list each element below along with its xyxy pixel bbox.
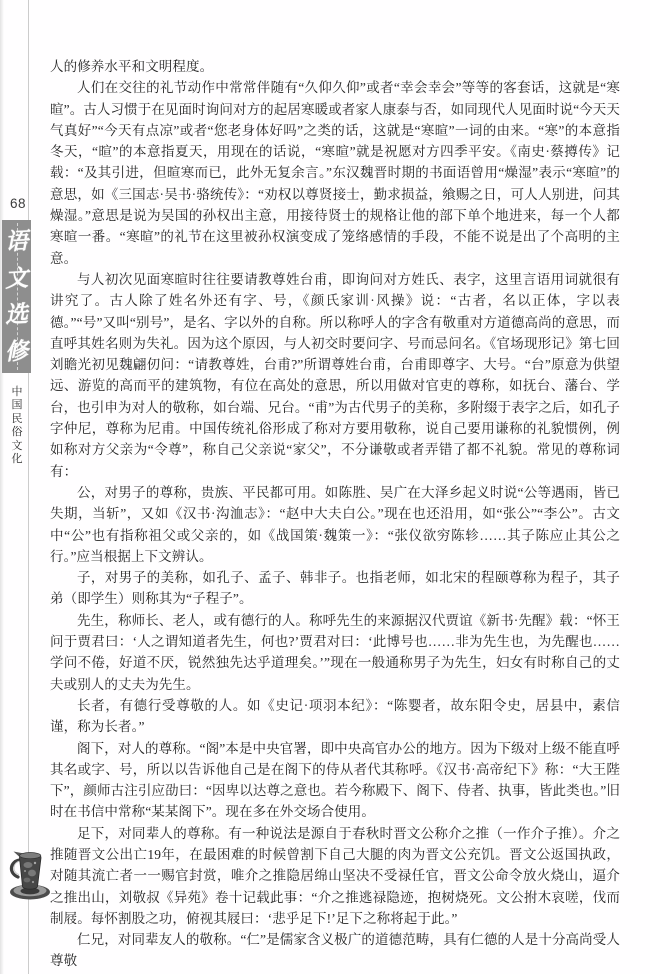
vertical-char: 语 — [4, 229, 28, 253]
paragraph: 人们在交往的礼节动作中常常伴随有“久仰久仰”或者“幸会幸会”等等的客套话，这就是… — [50, 77, 620, 269]
vertical-char: 俗 — [12, 426, 23, 439]
vertical-char: 化 — [12, 453, 23, 466]
paragraph: 与人初次见面寒暄时往往要请教尊姓台甫，即询问对方姓氏、表字，这里言语用词就很有讲… — [50, 269, 620, 482]
paragraph: 足下，对同辈人的尊称。有一种说法是源自于春秋时晋文公称介之推（一作介子推）。介之… — [50, 823, 620, 929]
sidebar-subseries-label: 中国民俗文化 — [6, 386, 28, 466]
ceramic-jug-on-saucer-icon — [5, 846, 55, 904]
paragraph: 阁下，对人的尊称。“阁”本是中央官署，即中央高官办公的地方。因为下级对上级不能直… — [50, 738, 620, 823]
paragraph: 子，对男子的美称，如孔子、孟子、韩非子。也指老师，如北宋的程颐尊称为程子，其子弟… — [50, 567, 620, 610]
paragraph: 仁兄，对同辈友人的敬称。“仁”是儒家含义极广的道德范畴，具有仁德的人是十分高尚受… — [50, 929, 620, 972]
vertical-char: 民 — [12, 413, 23, 426]
sidebar-series-tab: 语文选修 — [2, 220, 31, 373]
vertical-char: 中 — [12, 386, 23, 399]
vertical-char: 文 — [12, 440, 23, 453]
vertical-char: 国 — [12, 399, 23, 412]
vertical-char: 选 — [4, 303, 28, 327]
margin-rule — [28, 0, 29, 974]
textbook-page: 68 语文选修 中国民俗文化 人的修养水平和文明程度。人们在交往的礼 — [0, 0, 650, 974]
body-text: 人的修养水平和文明程度。人们在交往的礼节动作中常常伴随有“久仰久仰”或者“幸会幸… — [50, 56, 620, 972]
ceramic-jug-illustration — [5, 846, 55, 904]
paragraph: 先生，称师长、老人，或有德行的人。称呼先生的来源据汉代贾谊《新书·先醒》载：“怀… — [50, 610, 620, 695]
paragraph: 公，对男子的尊称，贵族、平民都可用。如陈胜、吴广在大泽乡起义时说“公等遇雨，皆已… — [50, 482, 620, 567]
vertical-char: 修 — [4, 340, 28, 364]
paragraph: 人的修养水平和文明程度。 — [50, 56, 620, 77]
vertical-char: 文 — [4, 266, 28, 290]
paragraph: 长者，有德行受尊敬的人。如《史记·项羽本纪》：“陈婴者，故东阳令史，居县中，素信… — [50, 695, 620, 738]
page-number: 68 — [7, 196, 29, 211]
